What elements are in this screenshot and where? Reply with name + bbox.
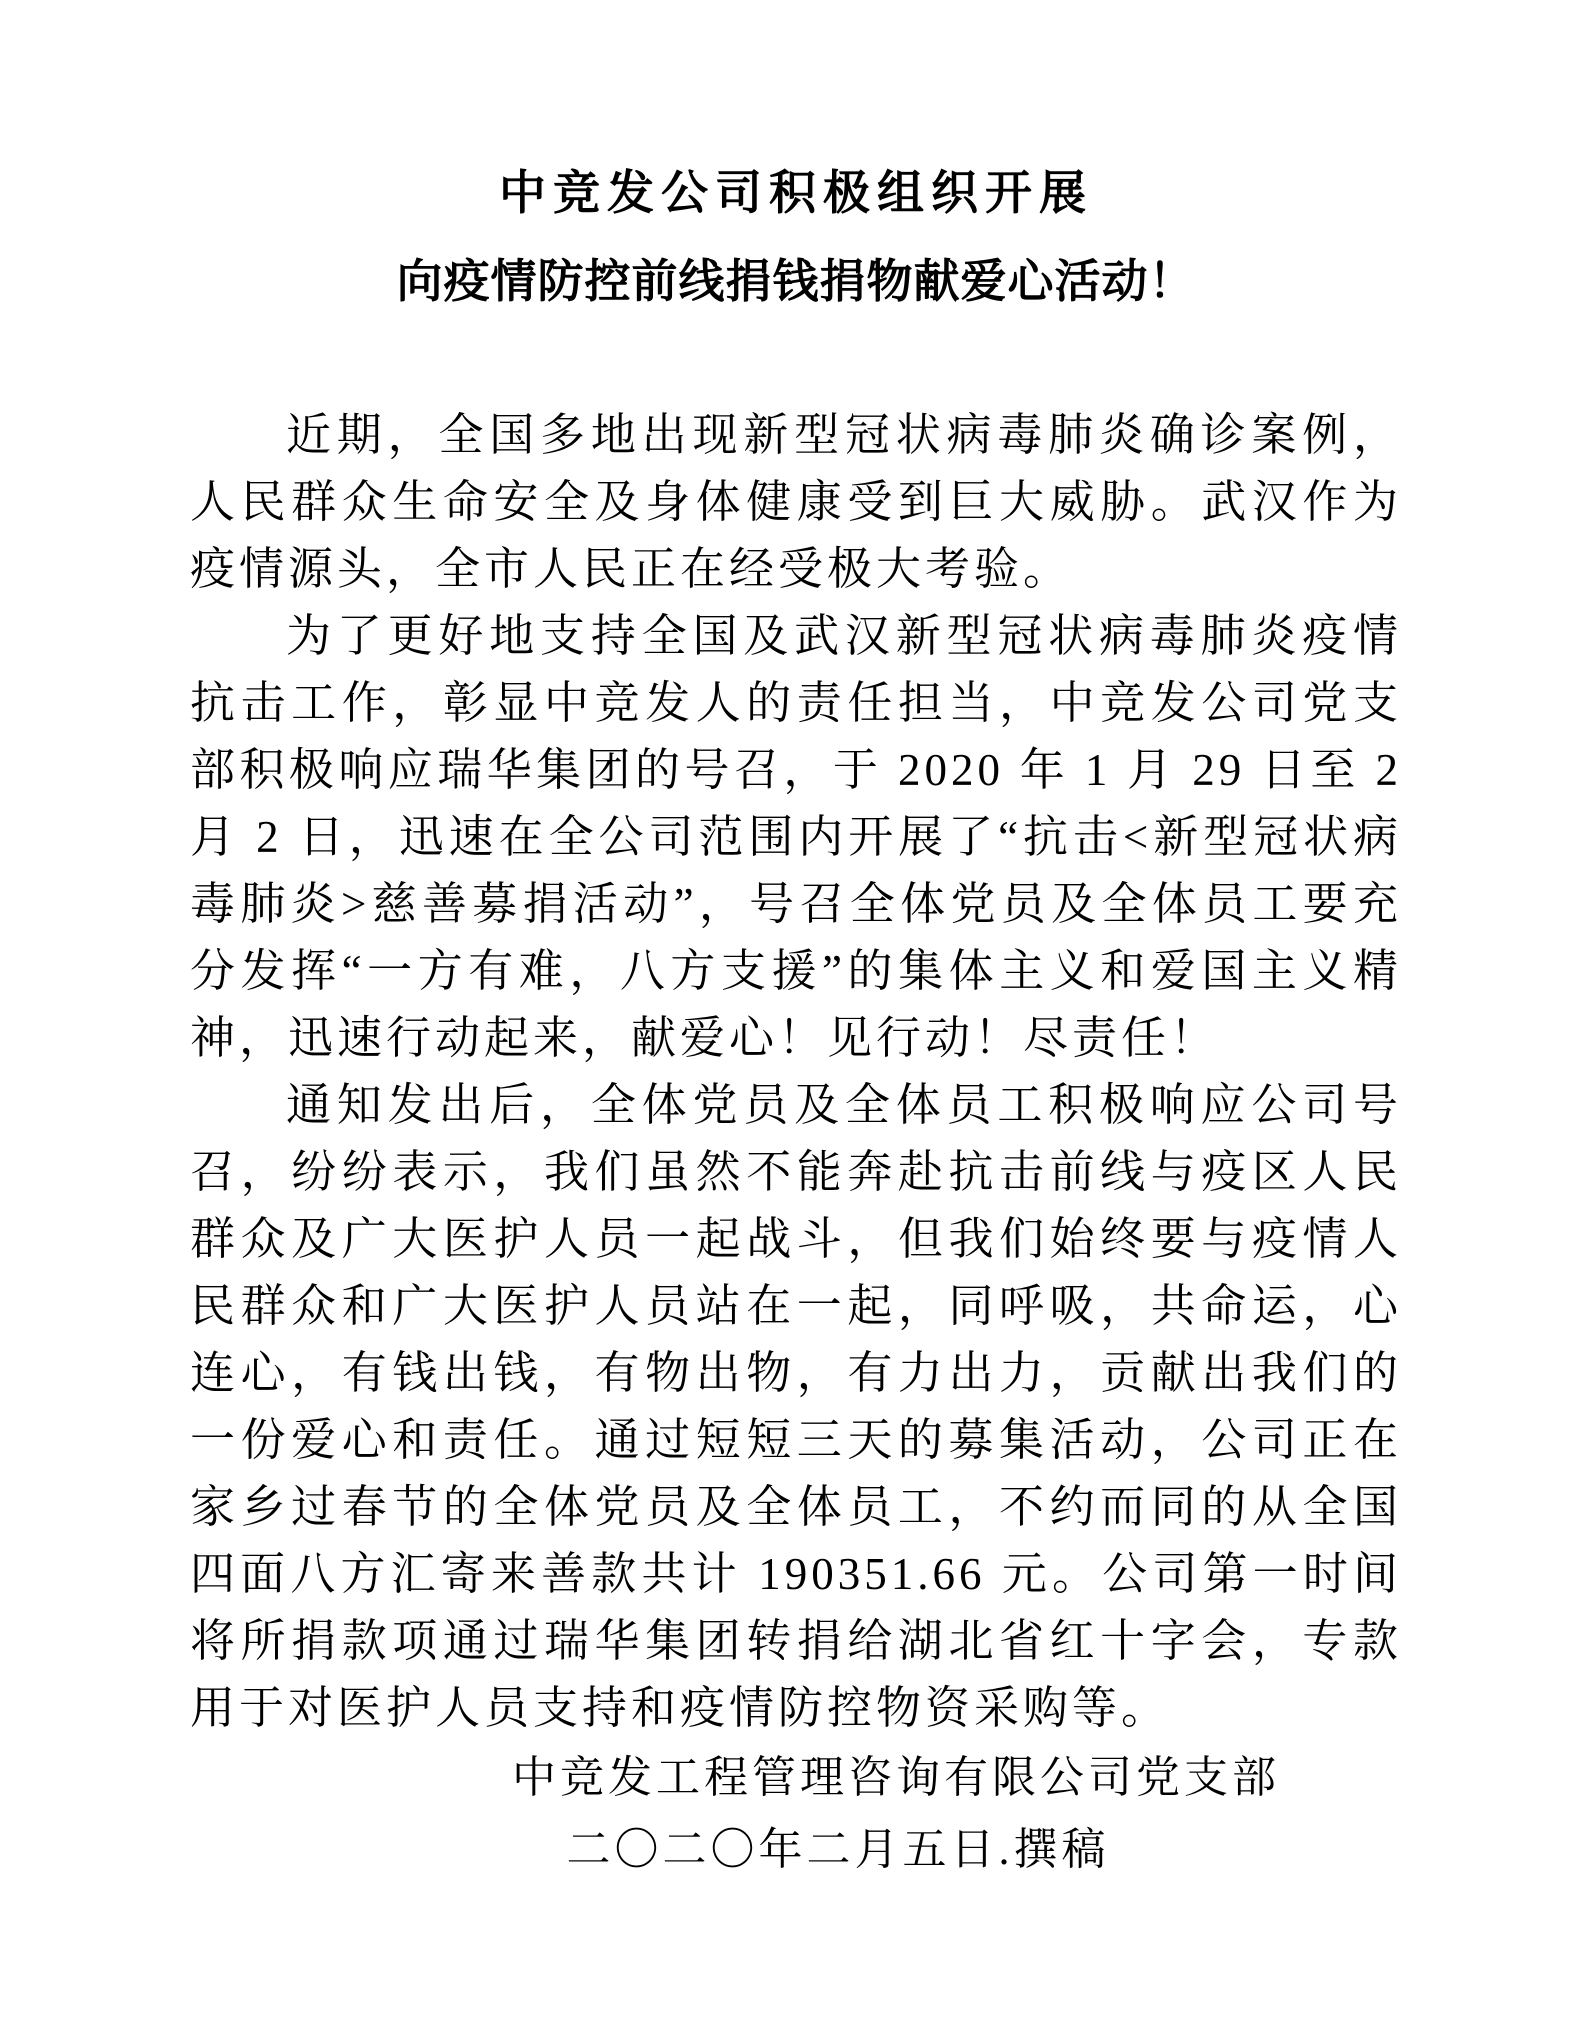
signature-company: 中竞发工程管理咨询有限公司党支部 <box>290 1746 1502 1810</box>
paragraph-2: 为了更好地支持全国及武汉新型冠状病毒肺炎疫情抗击工作，彰显中竞发人的责任担当，中… <box>190 603 1402 1072</box>
signature-date: 二〇二〇年二月五日.撰稿 <box>232 1818 1444 1882</box>
document-body: 近期，全国多地出现新型冠状病毒肺炎确诊案例，人民群众生命安全及身体健康受到巨大威… <box>190 402 1402 1742</box>
signature-block: 中竞发工程管理咨询有限公司党支部 二〇二〇年二月五日.撰稿 <box>190 1746 1402 1882</box>
document-title-line-2: 向疫情防控前线捐钱捐物献爱心活动！ <box>190 238 1402 326</box>
document-title: 中竞发公司积极组织开展 向疫情防控前线捐钱捐物献爱心活动！ <box>190 150 1402 326</box>
paragraph-1: 近期，全国多地出现新型冠状病毒肺炎确诊案例，人民群众生命安全及身体健康受到巨大威… <box>190 402 1402 603</box>
document-title-line-1: 中竞发公司积极组织开展 <box>190 150 1402 238</box>
document-content: 中竞发公司积极组织开展 向疫情防控前线捐钱捐物献爱心活动！ 近期，全国多地出现新… <box>190 150 1402 1882</box>
document-page: 中竞发公司积极组织开展 向疫情防控前线捐钱捐物献爱心活动！ 近期，全国多地出现新… <box>0 0 1587 2043</box>
paragraph-3: 通知发出后，全体党员及全体员工积极响应公司号召，纷纷表示，我们虽然不能奔赴抗击前… <box>190 1072 1402 1742</box>
